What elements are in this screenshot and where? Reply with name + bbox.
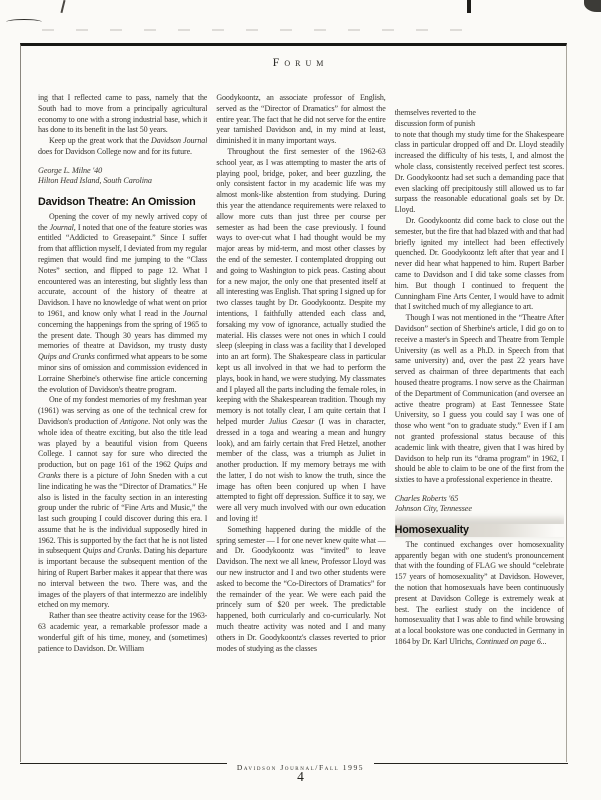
body-paragraph: One of my fondest memories of my freshma… xyxy=(38,395,207,611)
column-left: ing that I reflected came to pass, namel… xyxy=(38,93,207,757)
column-right: themselves reverted to the discussion fo… xyxy=(395,93,564,757)
body-paragraph: The continued exchanges over homosexuali… xyxy=(395,540,564,648)
section-running-head: Forum xyxy=(0,55,601,70)
text-columns: ing that I reflected came to pass, namel… xyxy=(38,93,564,757)
scan-artifact-dash xyxy=(6,19,42,25)
body-paragraph: Throughout the first semester of the 196… xyxy=(216,147,385,525)
body-paragraph: themselves reverted to the discussion fo… xyxy=(395,108,564,216)
body-paragraph: Opening the cover of my newly arrived co… xyxy=(38,212,207,396)
scan-artifact-speckles xyxy=(42,29,472,31)
body-paragraph: Dr. Goodykoontz did come back to close o… xyxy=(395,216,564,313)
scanned-journal-page: { "page": { "header": "Forum", "footer":… xyxy=(0,0,601,800)
body-paragraph: Keep up the great work that the Davidson… xyxy=(38,136,207,158)
body-paragraph: Something happened during the middle of … xyxy=(216,525,385,655)
scan-artifact-corner-blob xyxy=(584,0,601,12)
body-paragraph: Goodykoontz, an associate professor of E… xyxy=(216,93,385,147)
scan-artifact-pen-mark xyxy=(60,0,65,13)
section-heading: Homosexuality xyxy=(395,524,564,537)
letter-signature: George L. Milne '40 Hilton Head Island, … xyxy=(38,166,207,187)
body-paragraph: ing that I reflected came to pass, namel… xyxy=(38,93,207,136)
scan-artifact-tick xyxy=(467,0,471,13)
body-paragraph: Though I was not mentioned in the “Theat… xyxy=(395,313,564,486)
letter-signature: Charles Roberts '65 Johnson City, Tennes… xyxy=(395,494,564,515)
body-paragraph: Rather than see theatre activity cease f… xyxy=(38,611,207,654)
section-heading: Davidson Theatre: An Omission xyxy=(38,196,207,209)
column-middle: Goodykoontz, an associate professor of E… xyxy=(216,93,385,757)
page-number: 4 xyxy=(0,769,601,785)
